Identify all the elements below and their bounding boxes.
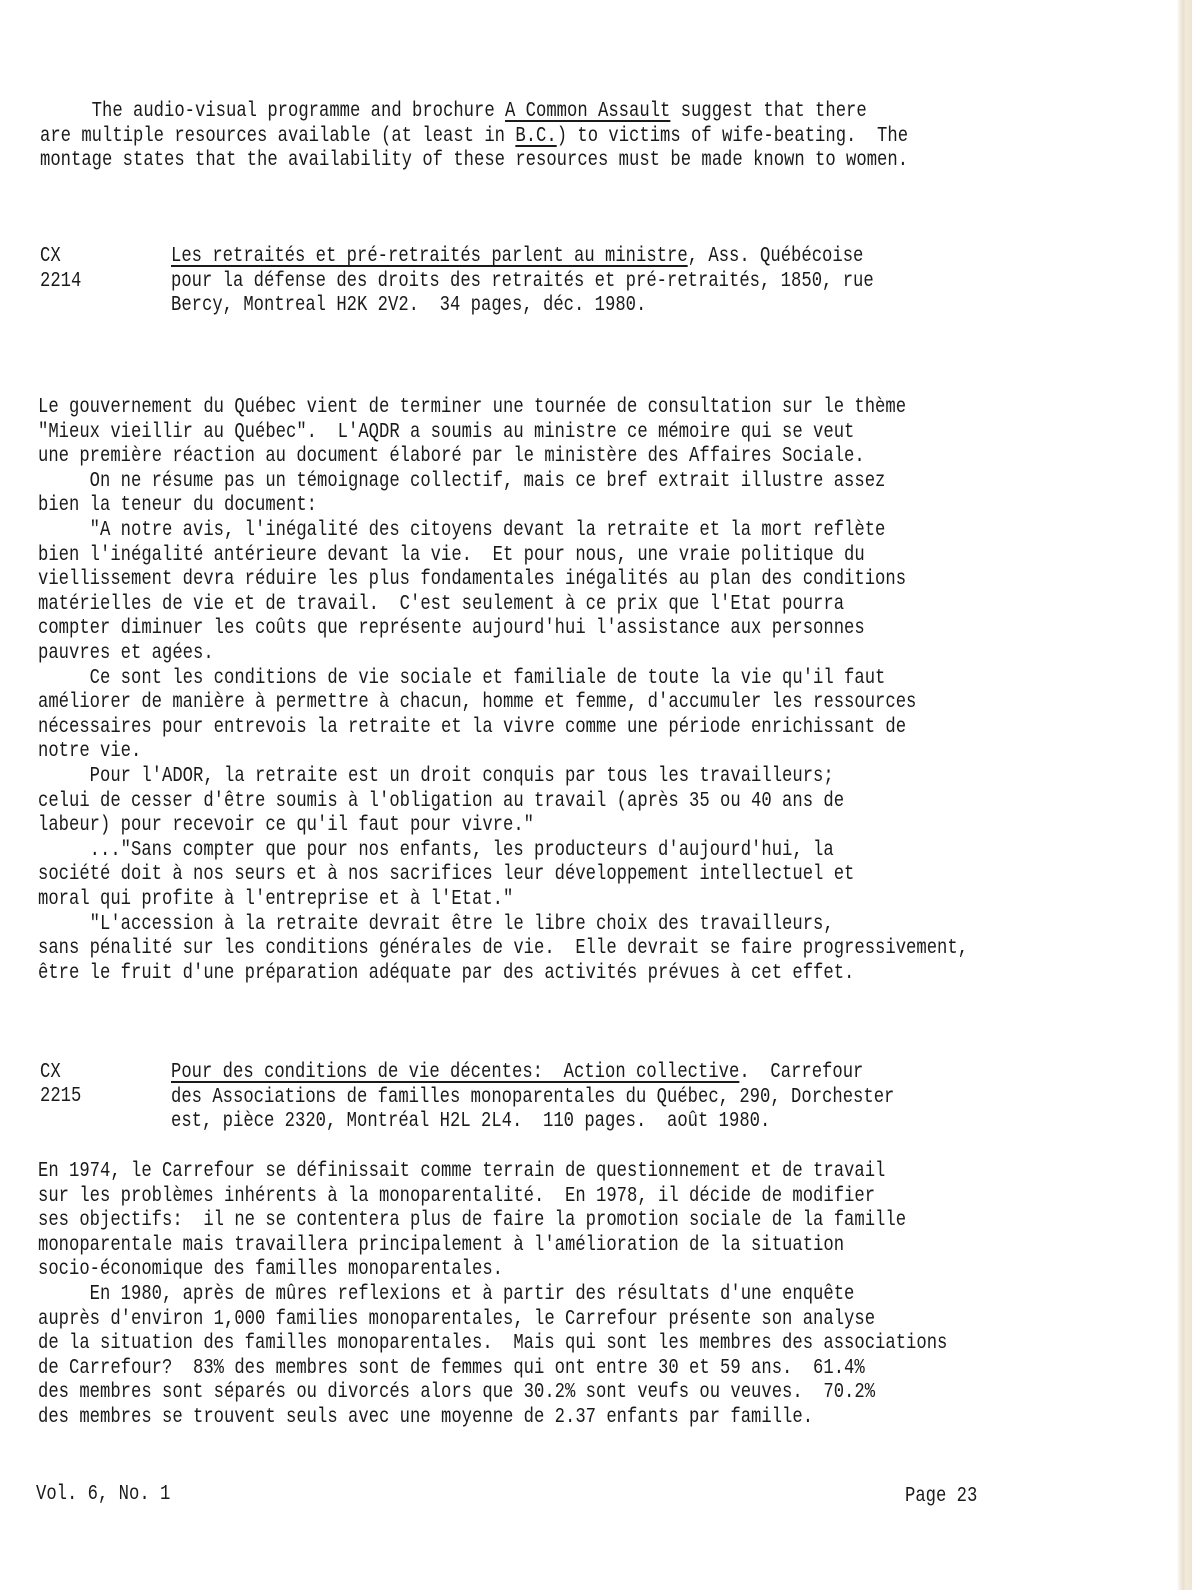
text-span: , Ass. Québécoise [688,245,864,268]
text-span: montage states that the availability of … [40,149,908,172]
text-line: bien l'inégalité antérieure devant la vi… [38,544,865,568]
text-line: Pour des conditions de vie décentes: Act… [171,1061,863,1085]
text-span: moral qui profite à l'entreprise et à l'… [38,888,513,911]
text-line: des Associations de familles monoparenta… [171,1086,894,1110]
footer-page-number: Page 23 [905,1485,977,1509]
text-line: "Mieux vieillir au Québec". L'AQDR a sou… [38,421,854,445]
text-span: On ne résume pas un témoignage collectif… [38,470,885,493]
text-line: ..."Sans compter que pour nos enfants, l… [38,839,834,863]
text-span: être le fruit d'une préparation adéquate… [38,962,854,985]
underlined-title: Les retraités et pré-retraités parlent a… [171,245,688,268]
text-line: montage states that the availability of … [40,149,908,173]
text-span: are multiple resources available (at lea… [40,125,515,148]
text-line: celui de cesser d'être soumis à l'obliga… [38,790,844,814]
entry-code-number: 2214 [40,270,81,294]
text-span: de la situation des familles monoparenta… [38,1332,947,1355]
text-span: bien la teneur du document: [38,494,317,517]
text-line: pour la défense des droits des retraités… [171,270,874,294]
text-span: The audio-visual programme and brochure [40,100,505,123]
text-line: auprès d'environ 1,000 families monopare… [38,1308,875,1332]
text-span: ses objectifs: il ne se contentera plus … [38,1209,906,1232]
text-line: are multiple resources available (at lea… [40,125,908,149]
text-span: celui de cesser d'être soumis à l'obliga… [38,790,844,813]
text-line: une première réaction au document élabor… [38,445,865,469]
text-span: Bercy, Montreal H2K 2V2. 34 pages, déc. … [171,294,646,317]
text-line: ses objectifs: il ne se contentera plus … [38,1209,906,1233]
text-line: Les retraités et pré-retraités parlent a… [171,245,863,269]
page-edge [1180,0,1192,1590]
text-line: moral qui profite à l'entreprise et à l'… [38,888,513,912]
text-line: viellissement devra réduire les plus fon… [38,568,906,592]
text-span: suggest that there [670,100,866,123]
text-line: monoparentale mais travaillera principal… [38,1234,844,1258]
text-line: En 1980, après de mûres reflexions et à … [38,1283,854,1307]
text-span: Ce sont les conditions de vie sociale et… [38,667,885,690]
text-line: "L'accession à la retraite devrait être … [38,913,834,937]
text-span: "L'accession à la retraite devrait être … [38,913,834,936]
text-span: compter diminuer les coûts que représent… [38,617,865,640]
text-span: pauvres et agées. [38,642,214,665]
text-span: auprès d'environ 1,000 families monopare… [38,1308,875,1331]
text-span: ..."Sans compter que pour nos enfants, l… [38,839,834,862]
entry-code-prefix: CX [40,1061,61,1085]
text-span: En 1980, après de mûres reflexions et à … [38,1283,854,1306]
entry-code-number: 2215 [40,1085,81,1109]
text-line: des membres sont séparés ou divorcés alo… [38,1381,875,1405]
text-line: Ce sont les conditions de vie sociale et… [38,667,885,691]
text-span: viellissement devra réduire les plus fon… [38,568,906,591]
entry-code-prefix: CX [40,245,61,269]
text-line: labeur) pour recevoir ce qu'il faut pour… [38,814,534,838]
text-line: "A notre avis, l'inégalité des citoyens … [38,519,885,543]
text-span: des Associations de familles monoparenta… [171,1086,894,1109]
text-line: compter diminuer les coûts que représent… [38,617,865,641]
text-span: "A notre avis, l'inégalité des citoyens … [38,519,885,542]
text-line: des membres se trouvent seuls avec une m… [38,1406,813,1430]
text-line: socio-économique des familles monoparent… [38,1258,503,1282]
text-span: monoparentale mais travaillera principal… [38,1234,844,1257]
text-line: sans pénalité sur les conditions général… [38,937,968,961]
footer-volume: Vol. 6, No. 1 [36,1483,170,1507]
text-line: être le fruit d'une préparation adéquate… [38,962,854,986]
text-span: de Carrefour? 83% des membres sont de fe… [38,1357,865,1380]
text-span: une première réaction au document élabor… [38,445,865,468]
text-span: pour la défense des droits des retraités… [171,270,874,293]
text-span: sans pénalité sur les conditions général… [38,937,968,960]
text-line: Bercy, Montreal H2K 2V2. 34 pages, déc. … [171,294,646,318]
text-line: Pour l'ADOR, la retraite est un droit co… [38,765,834,789]
text-span: "Mieux vieillir au Québec". L'AQDR a sou… [38,421,854,444]
text-line: On ne résume pas un témoignage collectif… [38,470,885,494]
text-line: Le gouvernement du Québec vient de termi… [38,396,906,420]
text-line: est, pièce 2320, Montréal H2L 2L4. 110 p… [171,1110,770,1134]
text-line: de Carrefour? 83% des membres sont de fe… [38,1357,865,1381]
text-span: labeur) pour recevoir ce qu'il faut pour… [38,814,534,837]
text-span: améliorer de manière à permettre à chacu… [38,691,916,714]
text-span: ) to victims of wife-beating. The [557,125,908,148]
text-line: sur les problèmes inhérents à la monopar… [38,1185,875,1209]
underlined-title: Pour des conditions de vie décentes: Act… [171,1061,739,1084]
text-span: notre vie. [38,740,141,763]
text-span: des membres sont séparés ou divorcés alo… [38,1381,875,1404]
text-span: Pour l'ADOR, la retraite est un droit co… [38,765,834,788]
text-span: des membres se trouvent seuls avec une m… [38,1406,813,1429]
text-span: . Carrefour [739,1061,863,1084]
text-span: En 1974, le Carrefour se définissait com… [38,1160,885,1183]
text-line: matérielles de vie et de travail. C'est … [38,593,844,617]
text-span: société doit à nos seurs et à nos sacrif… [38,863,854,886]
text-line: notre vie. [38,740,141,764]
text-span: sur les problèmes inhérents à la monopar… [38,1185,875,1208]
text-line: nécessaires pour entrevois la retraite e… [38,716,906,740]
text-line: pauvres et agées. [38,642,214,666]
text-line: En 1974, le Carrefour se définissait com… [38,1160,885,1184]
text-span: est, pièce 2320, Montréal H2L 2L4. 110 p… [171,1110,770,1133]
text-span: bien l'inégalité antérieure devant la vi… [38,544,865,567]
text-span: nécessaires pour entrevois la retraite e… [38,716,906,739]
text-line: de la situation des familles monoparenta… [38,1332,947,1356]
text-line: The audio-visual programme and brochure … [40,100,867,124]
text-line: société doit à nos seurs et à nos sacrif… [38,863,854,887]
text-span: matérielles de vie et de travail. C'est … [38,593,844,616]
text-span: Le gouvernement du Québec vient de termi… [38,396,906,419]
text-line: bien la teneur du document: [38,494,317,518]
text-span: socio-économique des familles monoparent… [38,1258,503,1281]
text-line: améliorer de manière à permettre à chacu… [38,691,916,715]
underlined-title: B.C. [515,125,556,148]
underlined-title: A Common Assault [505,100,670,123]
